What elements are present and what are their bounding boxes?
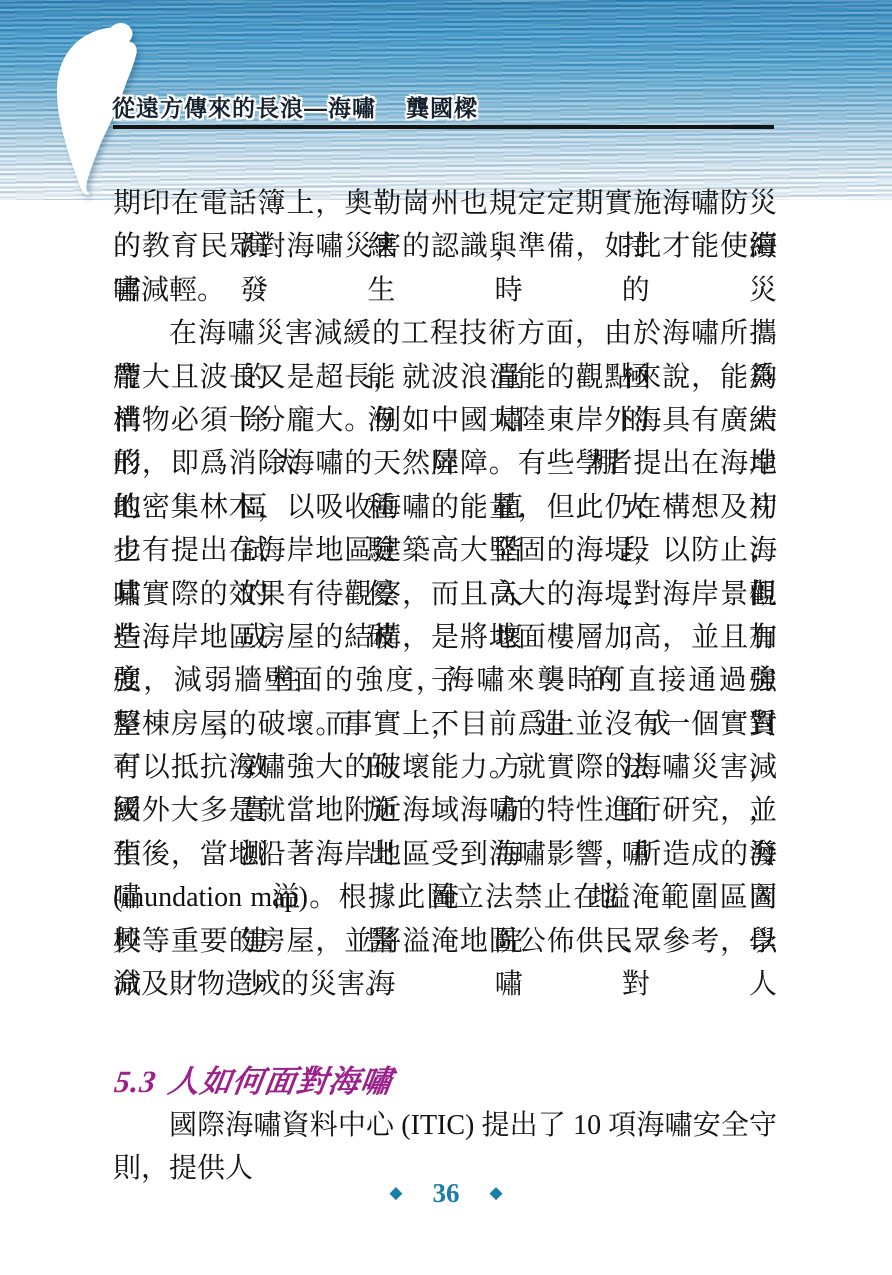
body-line: 龐大且波長又是超長，就波浪消能的觀點來說，能夠消除海嘯的結: [113, 356, 777, 399]
section-title: 人如何面對海嘯: [166, 1064, 395, 1099]
header-title-text: 從遠方傳來的長浪—海嘯: [112, 95, 376, 121]
section-number: 5.3: [112, 1064, 159, 1099]
body-line: 可以抵抗海嘯強大的破壞能力。就實際的海嘯災害減緩實施方面，: [113, 746, 777, 789]
article-body: 期印在電話簿上，奧勒崗州也規定定期實施海嘯防災的演練，持續 的教育民眾對海嘯災害…: [113, 182, 777, 1006]
document-page: 從遠方傳來的長浪—海嘯龔國樑 期印在電話簿上，奧勒崗州也規定定期實施海嘯防災的演…: [0, 0, 892, 1275]
page-number: 36: [433, 1178, 460, 1208]
header-author: 龔國樑: [406, 95, 478, 121]
section-heading: 5.3人如何面對海嘯: [112, 1056, 396, 1101]
article-body-after-heading: 國際海嘯資料中心 (ITIC) 提出了 10 項海嘯安全守則，提供人: [113, 1104, 777, 1147]
body-line: 構物必須十分龐大。例如中國大陸東岸外海具有廣大的大陸棚地: [113, 399, 777, 442]
body-line: 也有提出在海岸地區建築高大堅固的海堤，以防止海嘯的侵入，但: [113, 529, 777, 572]
body-line: 整棟房屋的破壞。事實上，目前爲止並沒有一個實質有效的方法，: [113, 703, 777, 746]
header-underline: [113, 125, 774, 129]
body-line: 在海嘯災害減緩的工程技術方面，由於海嘯所攜帶的能量極爲: [113, 312, 777, 355]
body-line: 的密集林木，以吸收海嘯的能量，但此仍在構想及初步試驗階段；: [113, 486, 777, 529]
diamond-icon: ◆: [490, 1178, 503, 1208]
header-title: 從遠方傳來的長浪—海嘯龔國樑: [112, 95, 782, 121]
body-line: 些海岸地區房屋的結構，是將地面樓層加高，並且加強柱子的強: [113, 616, 777, 659]
body-line: 生後，當地沿著海岸地區受到海嘯影響，所造成的海嘯溢淹地圖: [113, 833, 777, 876]
diamond-icon: ◆: [389, 1178, 402, 1208]
body-line: 國外大多是就當地附近海域海嘯的特性進行研究，並預測出海嘯發: [113, 789, 777, 832]
page-footer: ◆ 36 ◆: [0, 1178, 892, 1208]
body-line: (inundation map)。根據此圖立法禁止在溢淹範圍區內興建醫院、學: [113, 876, 777, 919]
body-line: 校等重要的房屋，並將溢淹地圖公佈供民眾參考，以減少海嘯對人: [113, 920, 777, 963]
body-line: 的教育民眾對海嘯災害的認識與準備，如此才能使海嘯發生時的災: [113, 225, 777, 268]
body-line: 國際海嘯資料中心 (ITIC) 提出了 10 項海嘯安全守則，提供人: [113, 1104, 777, 1147]
body-line: 期印在電話簿上，奧勒崗州也規定定期實施海嘯防災的演練，持續: [113, 182, 777, 225]
body-line: 其實際的效果有待觀察，而且高大的海堤對海岸景觀造成破壞；有: [113, 573, 777, 616]
body-line: 度，減弱牆壁面的強度，海嘯來襲時可直接通過房屋，而不造成對: [113, 659, 777, 702]
body-line: 形，即爲消除海嘯的天然屏障。有些學者提出在海岸地區種植大片: [113, 442, 777, 485]
